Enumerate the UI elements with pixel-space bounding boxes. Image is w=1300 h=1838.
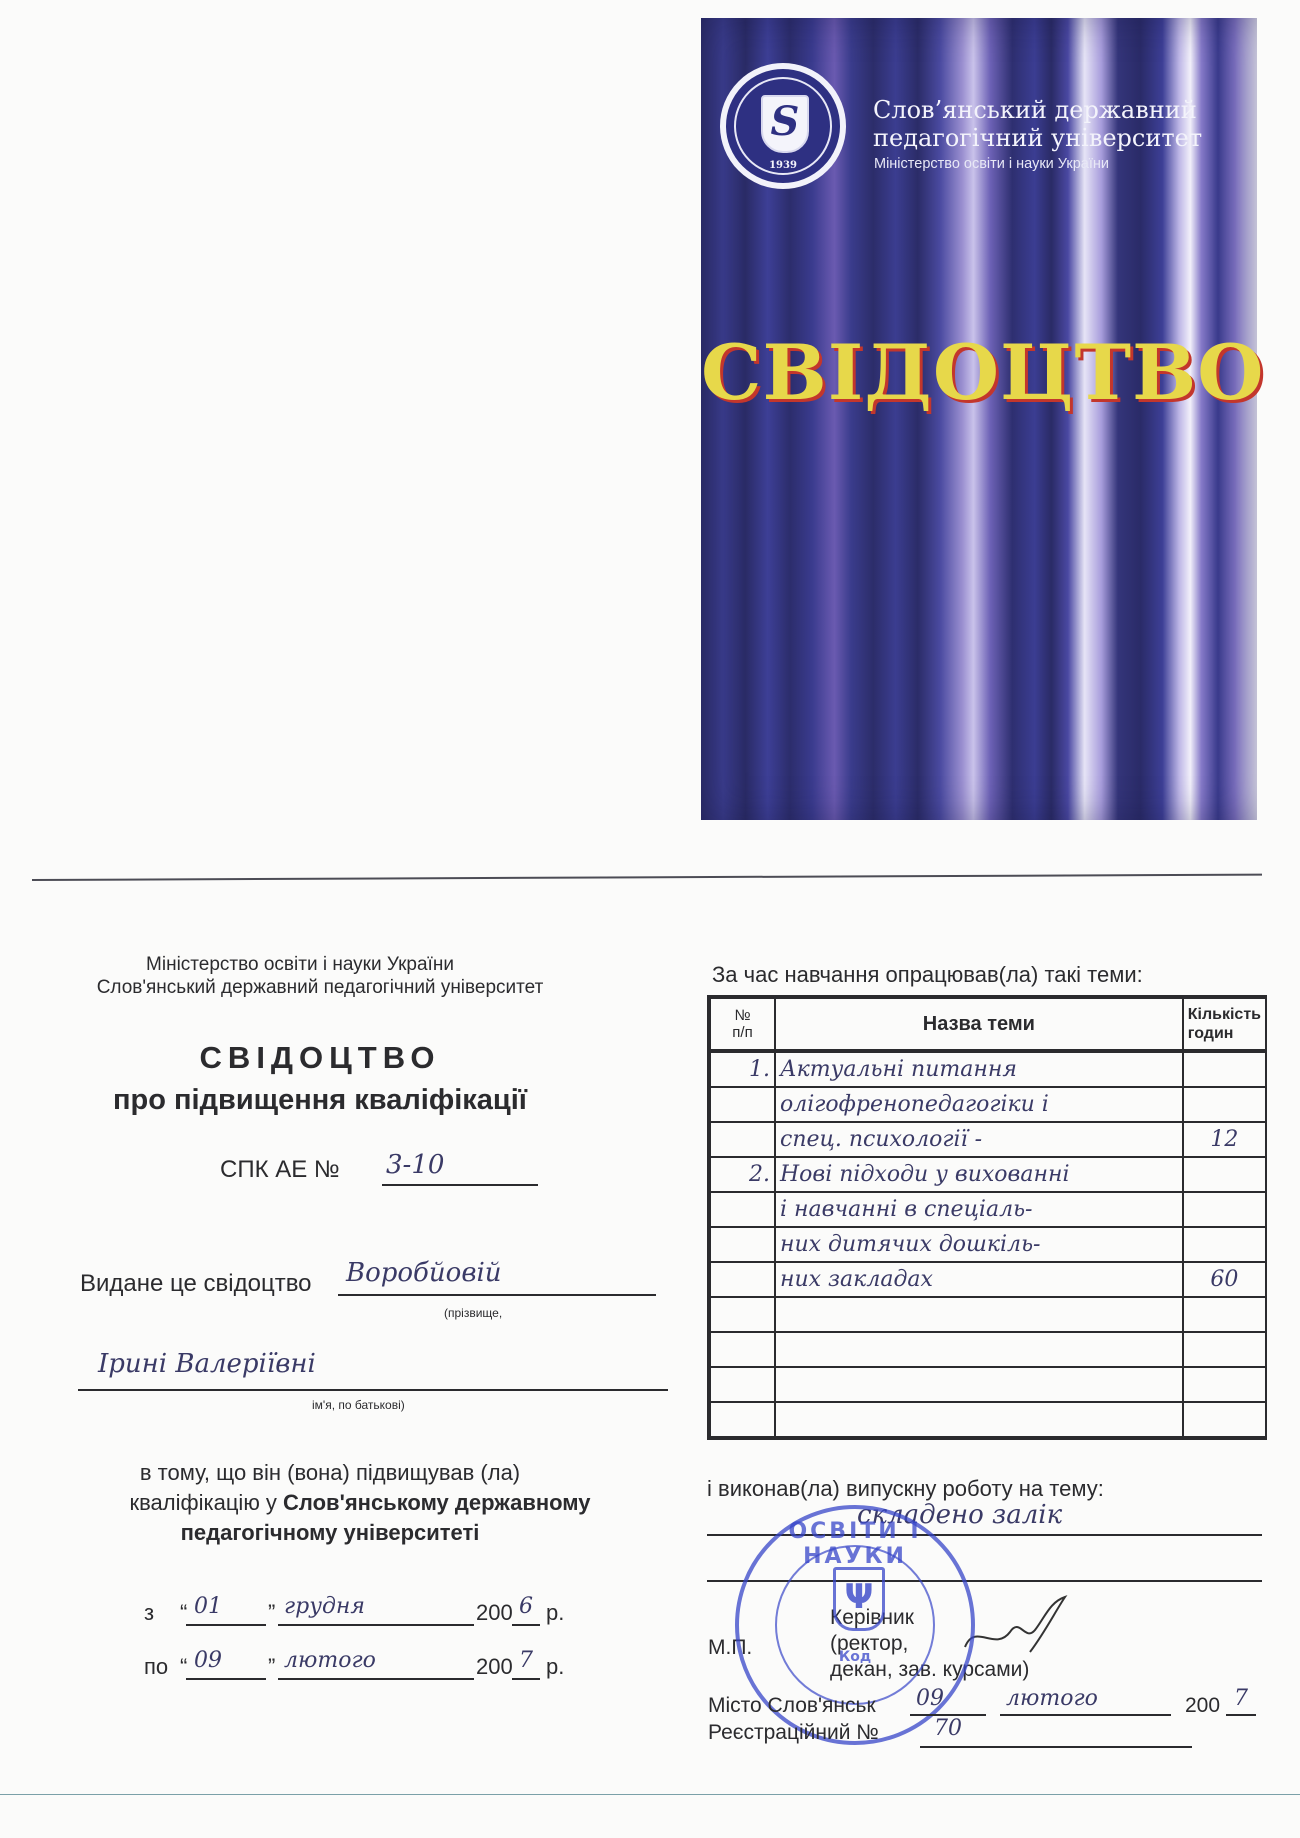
surname-field: Воробйовій xyxy=(338,1258,656,1296)
row-number: 2. xyxy=(709,1157,775,1192)
thesis-topic-field: складено залік xyxy=(707,1500,1262,1536)
row-hours xyxy=(1183,1367,1266,1402)
table-row xyxy=(709,1332,1266,1367)
cover-ministry: Міністерство освіти і науки України xyxy=(874,156,1109,172)
row-number xyxy=(709,1192,775,1227)
row-topic: них дитячих дошкіль- xyxy=(775,1227,1183,1262)
surname-hint: (прізвище, xyxy=(444,1306,502,1320)
crest-year: 1939 xyxy=(726,160,840,171)
row-topic: олігофренопедагогіки і xyxy=(775,1087,1183,1122)
name-patronymic-field: Ірині Валеріївні xyxy=(78,1349,668,1391)
row-number xyxy=(709,1227,775,1262)
statement-line-3: педагогічному університеті xyxy=(70,1520,590,1546)
page-edge-bottom xyxy=(0,1794,1300,1795)
date-to-year-prefix: 200 xyxy=(476,1654,513,1680)
header-topic: Назва теми xyxy=(775,997,1183,1051)
row-hours xyxy=(1183,1297,1266,1332)
topics-table-header: №п/п Назва теми Кількістьгодин xyxy=(709,997,1266,1051)
row-hours: 60 xyxy=(1183,1262,1266,1297)
row-number xyxy=(709,1087,775,1122)
date-from-year-digit: 6 xyxy=(512,1594,540,1626)
issue-year-prefix: 200 xyxy=(1185,1694,1220,1718)
row-hours xyxy=(1183,1402,1266,1438)
row-topic: і навчанні в спеціаль- xyxy=(775,1192,1183,1227)
row-topic: спец. психології - xyxy=(775,1122,1183,1157)
document-subtitle: про підвищення кваліфікації xyxy=(70,1084,570,1117)
row-number xyxy=(709,1367,775,1402)
registration-label: Реєстраційний № xyxy=(708,1721,879,1745)
date-to-label: по xyxy=(144,1654,168,1680)
table-row: 2.Нові підходи у вихованні xyxy=(709,1157,1266,1192)
header-hours: Кількістьгодин xyxy=(1183,997,1266,1051)
ministry-heading: Міністерство освіти і науки України xyxy=(70,953,530,977)
page-edge-top xyxy=(32,874,1262,881)
table-row: олігофренопедагогіки і xyxy=(709,1087,1266,1122)
table-row: них дитячих дошкіль- xyxy=(709,1227,1266,1262)
issue-month-field: лютого xyxy=(1000,1686,1171,1716)
header-number: №п/п xyxy=(709,997,775,1051)
issued-to-label: Видане це свідоцтво xyxy=(80,1270,312,1298)
row-topic: Нові підходи у вихованні xyxy=(775,1157,1183,1192)
head-label-role: (ректор, xyxy=(830,1632,908,1656)
cover-university-name-line1: Слов’янський державний xyxy=(873,96,1197,124)
date-from-year-prefix: 200 xyxy=(476,1600,513,1626)
date-to-year-digit: 7 xyxy=(512,1648,540,1680)
date-from-year-suffix: р. xyxy=(546,1600,564,1626)
topics-table: №п/п Назва теми Кількістьгодин 1.Актуаль… xyxy=(707,995,1267,1440)
row-topic xyxy=(775,1367,1183,1402)
registration-number-field: 70 xyxy=(920,1716,1192,1748)
table-row xyxy=(709,1402,1266,1438)
series-label: СПК АЕ № xyxy=(220,1156,340,1184)
table-row xyxy=(709,1297,1266,1332)
issue-day-field: 09 xyxy=(910,1686,986,1716)
row-hours xyxy=(1183,1087,1266,1122)
row-number xyxy=(709,1297,775,1332)
statement-line-2-university: Слов'янському державному xyxy=(283,1490,590,1515)
certificate-cover: S 1939 Слов’янський державний педагогічн… xyxy=(701,18,1257,820)
document-title: СВІДОЦТВО xyxy=(70,1040,570,1076)
issue-year-digit: 7 xyxy=(1226,1686,1256,1716)
date-from-day: 01 xyxy=(186,1594,266,1626)
statement-line-2: кваліфікацію у Слов'янському державному xyxy=(70,1490,650,1516)
row-topic: Актуальні питання xyxy=(775,1051,1183,1087)
row-number xyxy=(709,1402,775,1438)
row-hours: 12 xyxy=(1183,1122,1266,1157)
crest-shield: S xyxy=(761,95,809,153)
city-label: Місто Слов'янськ xyxy=(708,1694,876,1718)
table-row: спец. психології -12 xyxy=(709,1122,1266,1157)
row-number xyxy=(709,1262,775,1297)
row-topic: них закладах xyxy=(775,1262,1183,1297)
date-from-month: грудня xyxy=(278,1594,474,1626)
date-from-label: з xyxy=(144,1600,154,1626)
university-crest-icon: S 1939 xyxy=(720,63,846,189)
row-number xyxy=(709,1122,775,1157)
topics-heading: За час навчання опрацював(ла) такі теми: xyxy=(712,962,1143,988)
date-to-year-suffix: р. xyxy=(546,1654,564,1680)
signature-icon xyxy=(955,1592,1075,1662)
row-topic xyxy=(775,1297,1183,1332)
statement-line-2-prefix: кваліфікацію у xyxy=(129,1490,283,1515)
thesis-topic-line-2 xyxy=(707,1580,1262,1582)
quote-close: ” xyxy=(268,1600,275,1626)
series-number-field: 3-10 xyxy=(382,1150,538,1186)
cover-university-name-line2: педагогічний університет xyxy=(873,124,1202,152)
row-hours xyxy=(1183,1157,1266,1192)
row-number: 1. xyxy=(709,1051,775,1087)
date-to-day: 09 xyxy=(186,1648,266,1680)
row-topic xyxy=(775,1332,1183,1367)
statement-line-1: в тому, що він (вона) підвищував (ла) xyxy=(70,1460,590,1486)
row-topic xyxy=(775,1402,1183,1438)
university-heading: Слов'янський державний педагогічний унів… xyxy=(70,977,570,999)
row-number xyxy=(709,1332,775,1367)
date-to-row: по “ 09 ” лютого 200 7 р. xyxy=(0,1654,700,1688)
cover-title: СВІДОЦТВО xyxy=(701,328,1257,417)
row-hours xyxy=(1183,1227,1266,1262)
row-hours xyxy=(1183,1192,1266,1227)
row-hours xyxy=(1183,1332,1266,1367)
name-hint: ім'я, по батькові) xyxy=(312,1398,405,1412)
date-to-month: лютого xyxy=(278,1648,474,1680)
table-row xyxy=(709,1367,1266,1402)
date-from-row: з “ 01 ” грудня 200 6 р. xyxy=(0,1600,700,1634)
table-row: і навчанні в спеціаль- xyxy=(709,1192,1266,1227)
quote-close: ” xyxy=(268,1654,275,1680)
table-row: них закладах60 xyxy=(709,1262,1266,1297)
thesis-heading: і виконав(ла) випускну роботу на тему: xyxy=(707,1476,1104,1502)
head-label: Керівник xyxy=(830,1606,914,1630)
seal-place-label: М.П. xyxy=(708,1636,752,1660)
row-hours xyxy=(1183,1051,1266,1087)
table-row: 1.Актуальні питання xyxy=(709,1051,1266,1087)
